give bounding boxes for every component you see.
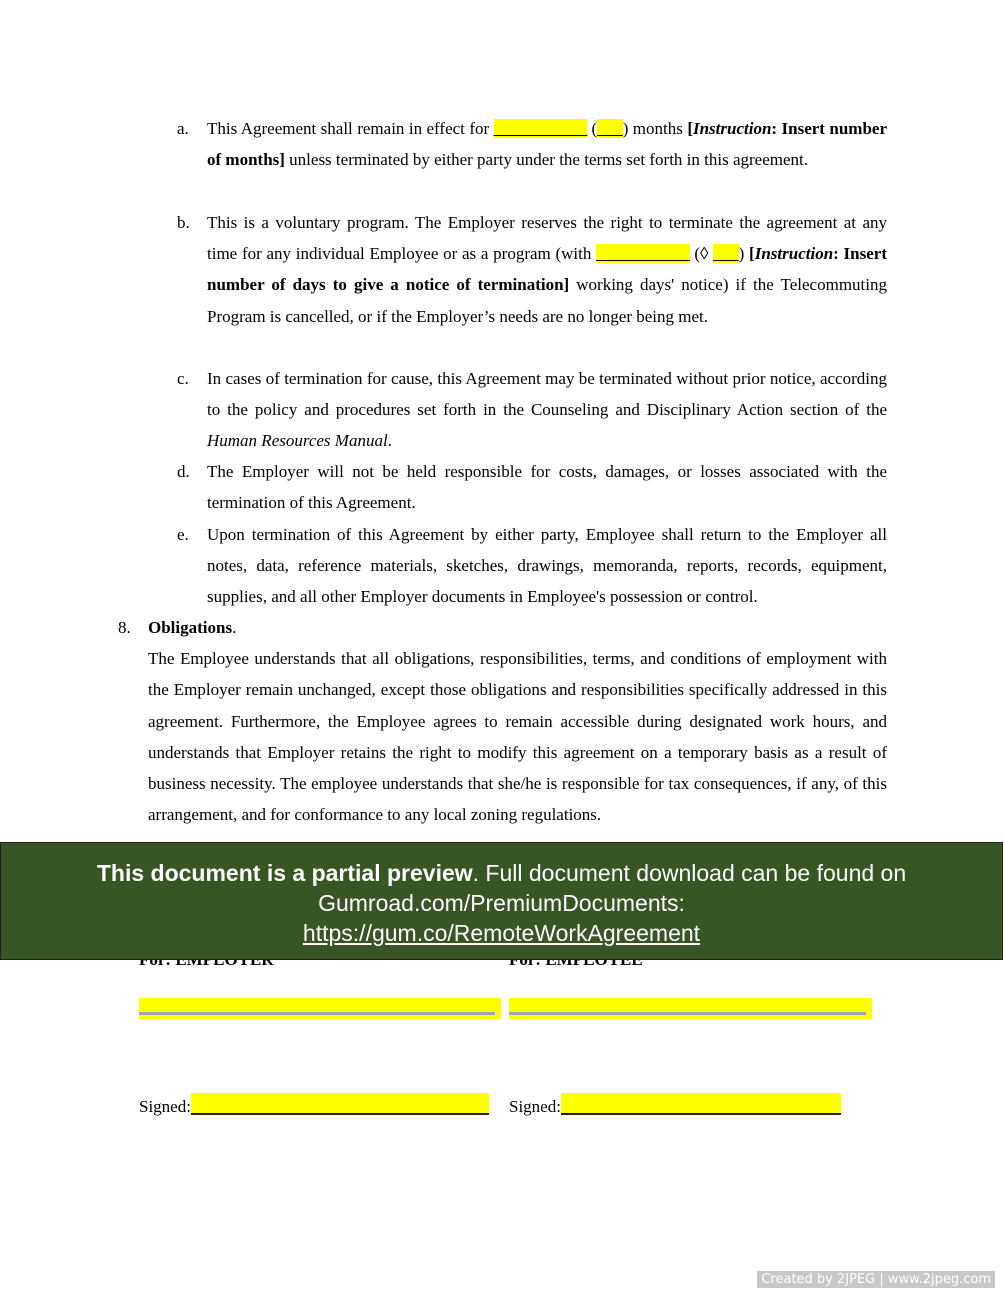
list-marker: b. [177,207,190,238]
list-item-text: Upon termination of this Agreement by ei… [207,519,887,613]
section-body: The Employee understands that all obliga… [148,643,887,830]
list-item: c.In cases of termination for cause, thi… [177,363,887,457]
banner-bold-text: This document is a partial preview [97,860,473,886]
document-page: a.This Agreement shall remain in effect … [0,0,1005,1301]
list-item: a.This Agreement shall remain in effect … [177,113,887,175]
list-marker: d. [177,456,190,487]
fill-in-blank[interactable]: ___________ [494,119,588,138]
list-item: d.The Employer will not be held responsi… [177,456,887,518]
list-marker: a. [177,113,189,144]
employer-signature-field[interactable] [191,1093,489,1115]
section-number: 8. [118,612,131,643]
list-item: b.This is a voluntary program. The Emplo… [177,207,887,332]
list-item-text: This is a voluntary program. The Employe… [207,207,887,332]
fill-in-blank[interactable]: ___________ [596,244,690,263]
list-item: e.Upon termination of this Agreement by … [177,519,887,613]
section-obligations: 8. Obligations. The Employee understands… [118,612,887,830]
employee-signature-field[interactable] [561,1093,841,1115]
preview-banner: This document is a partial preview. Full… [0,842,1003,960]
section-title: Obligations. [148,612,887,643]
employer-signature: Signed: [139,1093,489,1117]
list-item-text: In cases of termination for cause, this … [207,363,887,457]
watermark: Created by 2JPEG | www.2jpeg.com [757,1271,995,1288]
list-item-text: The Employer will not be held responsibl… [207,456,887,518]
banner-source: Gumroad.com/PremiumDocuments: [1,888,1002,918]
banner-link[interactable]: https://gum.co/RemoteWorkAgreement [303,920,700,946]
list-marker: c. [177,363,189,394]
list-marker: e. [177,519,189,550]
employee-signature: Signed: [509,1093,841,1117]
employer-name-field[interactable] [139,998,501,1019]
fill-in-blank[interactable]: ___ [713,244,739,263]
list-item-text: This Agreement shall remain in effect fo… [207,113,887,175]
employee-name-field[interactable] [509,998,872,1019]
fill-in-blank[interactable]: ___ [597,119,623,138]
